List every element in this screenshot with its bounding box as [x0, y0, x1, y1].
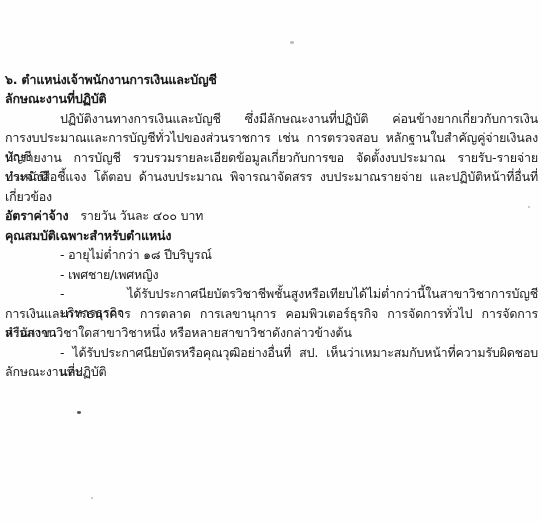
job-description-line: เกี่ยวข้อง [5, 187, 52, 206]
scan-speck [290, 41, 294, 44]
qualifications-heading: คุณสมบัติเฉพาะสำหรับตำแหน่ง [5, 226, 171, 245]
qualification-item-age: - อายุไม่ต่ำกว่า ๑๘ ปีบริบูรณ์ [60, 245, 212, 264]
document-page: ๖. ตำแหน่งเจ้าพนักงานการเงินและบัญชี ลัก… [0, 0, 542, 522]
wage-label: อัตราค่าจ้าง [5, 208, 68, 223]
qualification-item-other-cont: ลักษณะงานที่ปฏิบัติ [5, 362, 106, 381]
job-description-line: ปฏิบัติงานทางการเงินและบัญชี ซึ่งมีลักษณ… [60, 109, 538, 128]
job-description-line: ทำหนังสือชี้แจง โต้ตอบ ด้านงบประมาณ พิจา… [5, 167, 538, 186]
scan-speck [91, 497, 93, 499]
scan-speck [528, 206, 530, 208]
qualification-item-gender: - เพศชาย/เพศหญิง [60, 265, 158, 284]
section-title: ๖. ตำแหน่งเจ้าพนักงานการเงินและบัญชี [5, 70, 217, 89]
qualification-item-other: - ได้รับประกาศนียบัตรหรือคุณวุฒิอย่างอื่… [60, 343, 538, 381]
wage-value: รายวัน วันละ ๔๐๐ บาท [80, 208, 203, 223]
scan-speck [77, 411, 81, 414]
qualification-item-education-cont: หรือสาขาวิชาใดสาขาวิชาหนึ่ง หรือหลายสาขา… [5, 323, 352, 342]
wage-row: อัตราค่าจ้างรายวัน วันละ ๔๐๐ บาท [5, 206, 203, 225]
job-description-heading: ลักษณะงานที่ปฏิบัติ [5, 89, 106, 108]
